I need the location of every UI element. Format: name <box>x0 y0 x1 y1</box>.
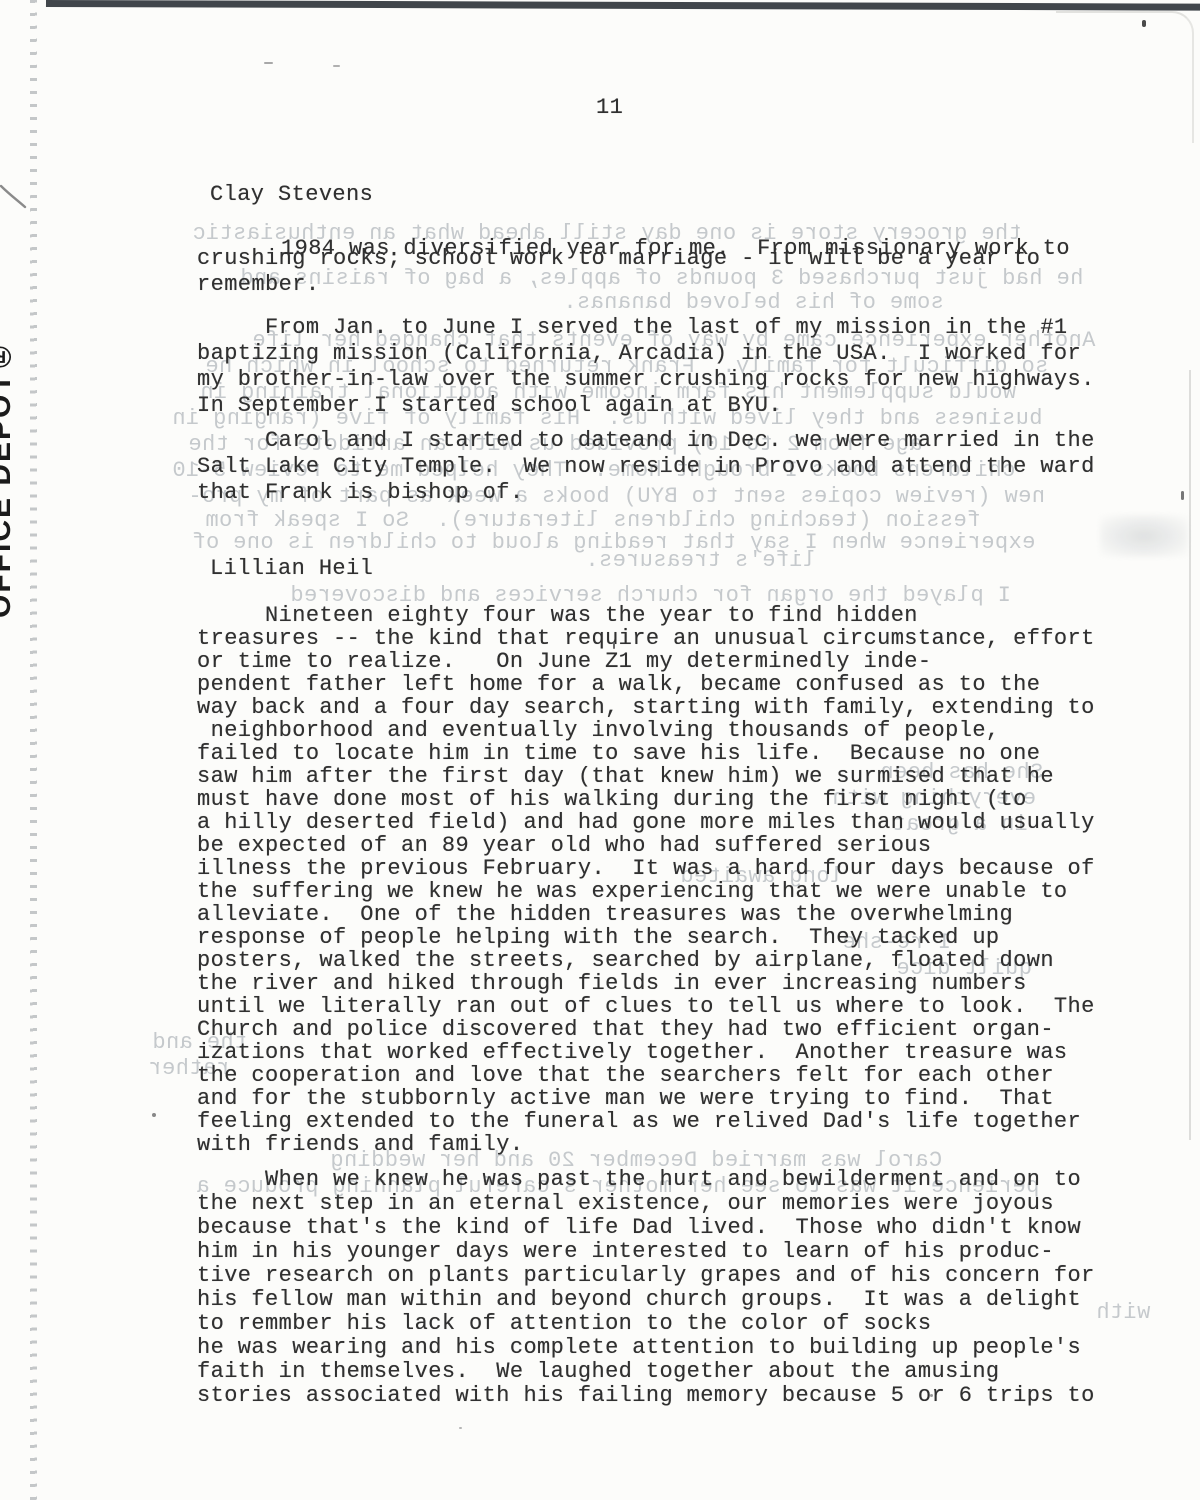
ghost-text-line: with <box>1096 1300 1150 1325</box>
ghost-text-line: some of his beloved bananas. <box>563 290 944 315</box>
underlying-page-corner <box>1056 11 1194 143</box>
scanned-document-page: OFFICE DEPOT® the grocery store is one d… <box>0 0 1200 1500</box>
scan-speck <box>1142 20 1146 27</box>
scan-smudge <box>1100 515 1188 557</box>
clay-paragraph-1-line-2: crushing rocks; school work to marriage … <box>197 246 1040 271</box>
office-depot-logo: OFFICE DEPOT® <box>0 378 18 618</box>
scan-speck <box>333 65 340 67</box>
page-edge-line <box>1189 370 1191 1140</box>
lillian-paragraph-2: When we knew he was past the hurt and be… <box>197 1168 1095 1408</box>
scan-speck <box>613 642 615 649</box>
scan-speck <box>930 1394 933 1397</box>
clay-paragraph-3: Carol and I started to dateand in Dec. w… <box>197 428 1095 506</box>
scan-speck <box>264 62 273 64</box>
scan-speck <box>459 1427 462 1429</box>
section-heading-lillian-heil: Lillian Heil <box>210 556 373 581</box>
pen-mark-icon <box>0 180 30 220</box>
scan-speck <box>152 1113 156 1117</box>
ghost-text-line: life's treasures. <box>585 548 816 573</box>
perforated-edge <box>30 0 37 1500</box>
scan-speck <box>1181 491 1184 500</box>
lillian-paragraph-1: Nineteen eighty four was the year to fin… <box>197 604 1095 1156</box>
clay-paragraph-2: From Jan. to June I served the last of m… <box>197 315 1095 419</box>
scanner-edge-band <box>46 0 1200 11</box>
clay-paragraph-1-line-3: remember. <box>197 272 319 297</box>
section-heading-clay-stevens: Clay Stevens <box>210 182 373 207</box>
page-number: 11 <box>596 95 623 120</box>
